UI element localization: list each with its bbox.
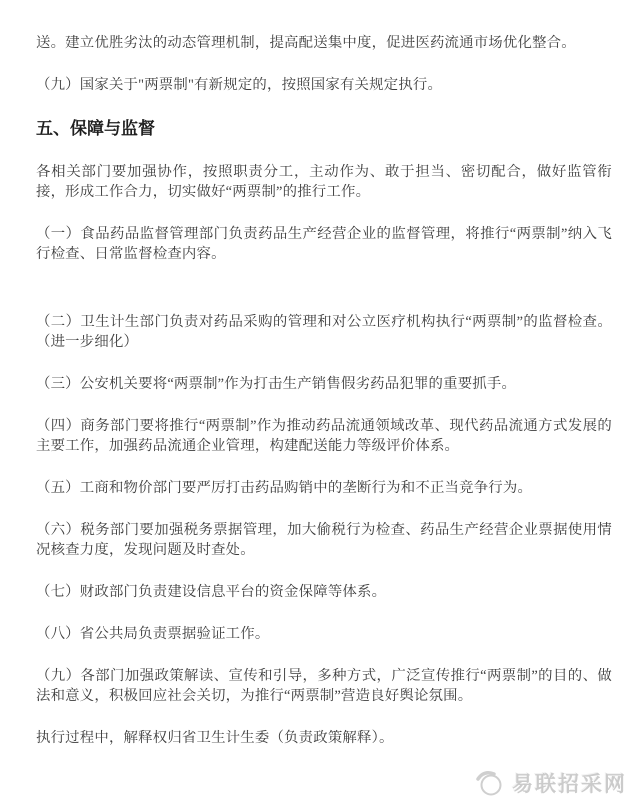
paragraph: （六）税务部门要加强税务票据管理，加大偷税行为检查、药品生产经营企业票据使用情况… <box>36 520 612 560</box>
paragraph: （二）卫生计生部门负责对药品采购的管理和对公立医疗机构执行“两票制”的监督检查。… <box>36 312 612 352</box>
paragraph: 各相关部门要加强协作，按照职责分工，主动作为、敢于担当、密切配合，做好监管衔接，… <box>36 162 612 202</box>
watermark: 易联招采网 <box>475 768 627 798</box>
paragraph: 执行过程中，解释权归省卫生计生委（负责政策解释）。 <box>36 728 612 748</box>
paragraph: （一）食品药品监督管理部门负责药品生产经营企业的监督管理，将推行“两票制”纳入飞… <box>36 224 612 264</box>
yilian-logo-icon <box>475 768 505 798</box>
watermark-text: 易联招采网 <box>512 768 627 798</box>
paragraph: （五）工商和物价部门要严厉打击药品购销中的垄断行为和不正当竞争行为。 <box>36 478 612 498</box>
paragraph: （三）公安机关要将“两票制”作为打击生产销售假劣药品犯罪的重要抓手。 <box>36 374 612 394</box>
paragraph: 送。建立优胜劣汰的动态管理机制，提高配送集中度，促进医药流通市场优化整合。 <box>36 33 612 53</box>
paragraph: （八）省公共局负责票据验证工作。 <box>36 624 612 644</box>
paragraph: （九）各部门加强政策解读、宣传和引导，多种方式，广泛宣传推行“两票制”的目的、做… <box>36 666 612 706</box>
paragraph: （九）国家关于"两票制"有新规定的，按照国家有关规定执行。 <box>36 75 612 95</box>
document-body: 送。建立优胜劣汰的动态管理机制，提高配送集中度，促进医药流通市场优化整合。（九）… <box>36 33 612 748</box>
section-heading: 五、保障与监督 <box>36 117 612 141</box>
paragraph: （七）财政部门负责建设信息平台的资金保障等体系。 <box>36 582 612 602</box>
document-page: 送。建立优胜劣汰的动态管理机制，提高配送集中度，促进医药流通市场优化整合。（九）… <box>0 0 640 748</box>
paragraph: （四）商务部门要将推行“两票制”作为推动药品流通领域改革、现代药品流通方式发展的… <box>36 416 612 456</box>
